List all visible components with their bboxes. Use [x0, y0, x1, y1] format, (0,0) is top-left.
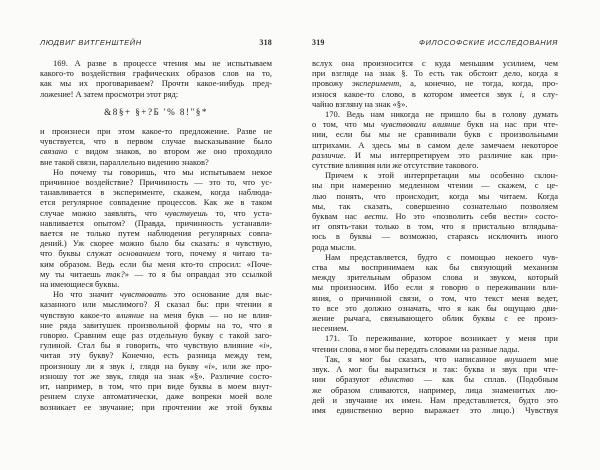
- text-line: чтении слова, я мог бы передать словами …: [312, 344, 558, 354]
- text-line: связано с видом знаков, во втором же оно…: [40, 146, 272, 156]
- text-line: чувствуется, что в первом случае высказы…: [40, 136, 272, 146]
- text-line: ется регулярное совпадение процессов. Ка…: [40, 197, 272, 207]
- text-line: при взгляде на знак §. То есть так обсто…: [312, 68, 558, 78]
- text-line: вслух она произносится с куда меньшим ус…: [312, 58, 558, 68]
- text-line: о том, что мы чувствовали влияние букв н…: [312, 119, 558, 129]
- text-line: читая эту букву? Конечно, есть разница м…: [40, 350, 272, 360]
- text-line: различие. И мы интерпретируем это различ…: [312, 150, 558, 160]
- text-line: причинное воздействие? Причинность — это…: [40, 177, 272, 187]
- text-line: ит опять-таки только в том, что я приста…: [312, 221, 558, 231]
- text-line: дений.) Уж скорее можно было бы сказать:…: [40, 238, 272, 248]
- page-left: ЛЮДВИГ ВИТГЕНШТЕЙН 318 169. А разве в пр…: [40, 38, 272, 412]
- text-line: несением.: [312, 323, 558, 333]
- text-line: танавливается в эксперименте, скажем, ко…: [40, 187, 272, 197]
- text-line: между зрительным образом слова и звуком,…: [312, 272, 558, 282]
- text-line: имя единственно верно выражает это лицо.…: [312, 405, 558, 415]
- text-line: казанного или мыслимого? Я сказал бы: пр…: [40, 299, 272, 309]
- text-line: мы, так сказать, совершенно сознательно …: [312, 201, 558, 211]
- text-line: то все это должно означать, что я как бы…: [312, 303, 558, 313]
- book-spread-scan: { "book": { "left_page": { "running_head…: [0, 0, 600, 470]
- page-body: вслух она произносится с куда меньшим ус…: [312, 58, 558, 415]
- text-line: реннем слухе автоматически, даже вопреки…: [40, 391, 272, 401]
- text-line: сутствие влияния или же отсутствие таков…: [312, 160, 558, 170]
- text-line: говорю. Сравним еще раз отдельную букву …: [40, 330, 272, 340]
- text-line: и произнеси при этом какое-то предложени…: [40, 126, 272, 136]
- text-line: навливается опытом? (Правда, причинность…: [40, 218, 272, 228]
- text-line: Но что значит чувствовать это основание …: [40, 289, 272, 299]
- text-line: Так, я мог бы сказать, что написанное вн…: [312, 354, 558, 364]
- text-line: вается не только путем наблюдения регуля…: [40, 228, 272, 238]
- symbol-row: &8§+ §+?Б '% 8!"§*: [40, 107, 272, 117]
- text-line: лью понять, что происходит, когда мы чит…: [312, 191, 558, 201]
- text-line: на имеющиеся буквы.: [40, 279, 272, 289]
- text-line: Нам представляется, будто с помощью неко…: [312, 252, 558, 262]
- page-number: 318: [259, 38, 272, 47]
- text-line: ит, например, в том, что при виде буквы …: [40, 381, 272, 391]
- text-line: изношу тот же звук, глядя на знак «§». Р…: [40, 371, 272, 381]
- text-line: чайно взгляну на знак «§».: [312, 99, 558, 109]
- running-head-row: 319 ФИЛОСОФСКИЕ ИССЛЕДОВАНИЯ: [312, 38, 558, 47]
- text-line: же образом сливаются, например, лица зна…: [312, 385, 558, 395]
- text-line: случае можно заявлять, что чувствуешь то…: [40, 208, 272, 218]
- text-line: мы произносим. Ибо если я говорю о переж…: [312, 282, 558, 292]
- text-line: штрихами. А здесь мы в самом деле замеча…: [312, 140, 558, 150]
- text-line: нии образуют единство — как бы сплав. (П…: [312, 374, 558, 384]
- running-head: ЛЮДВИГ ВИТГЕНШТЕЙН: [40, 38, 142, 47]
- text-line: жение рычага, связывающего облик буквы с…: [312, 313, 558, 323]
- text-line: ние ряда завитушек произвольной формы на…: [40, 320, 272, 330]
- text-line: чувствую какое-то влияние на меня букв —…: [40, 310, 272, 320]
- page-number: 319: [312, 38, 325, 47]
- text-line: износя какое-то слово, в котором имеется…: [312, 89, 558, 99]
- text-line: ства мы воспринимаем как бы связующий ме…: [312, 262, 558, 272]
- text-line: 169. А разве в процессе чтения мы не исп…: [40, 58, 272, 68]
- text-line: 171. То переживание, которое возникает у…: [312, 333, 558, 343]
- text-line: провожу эксперимент, а, конечно, не тогд…: [312, 78, 558, 88]
- text-line: гулиной. Стал бы я говорить, что чувству…: [40, 340, 272, 350]
- text-line: яния, о причинной связи, о том, что текс…: [312, 293, 558, 303]
- text-line: произношу ли я звук i, глядя на букву «i…: [40, 361, 272, 371]
- text-line: ложение! А затем просмотри этот ряд:: [40, 89, 272, 99]
- text-line: ким образом. Ведь если бы меня кто-то сп…: [40, 259, 272, 269]
- text-line: рода мысли.: [312, 242, 558, 252]
- page-body: 169. А разве в процессе чтения мы не исп…: [40, 58, 272, 412]
- text-line: юсь в буквы — возможно, стараясь исключи…: [312, 231, 558, 241]
- text-line: звук. А мог бы выразиться и так: буква и…: [312, 364, 558, 374]
- text-line: возникает ее звучание; при прочтении же …: [40, 402, 272, 412]
- running-head-row: ЛЮДВИГ ВИТГЕНШТЕЙН 318: [40, 38, 272, 47]
- text-line: нии, если бы мы не сравнивали букв с про…: [312, 129, 558, 139]
- text-line: буквам нас вести. Но это «позволить себя…: [312, 211, 558, 221]
- text-line: Но почему ты говоришь, что мы испытываем…: [40, 167, 272, 177]
- text-line: вне такой связи, параллельно видению зна…: [40, 157, 272, 167]
- text-line: какого-то воздействия графических образо…: [40, 68, 272, 78]
- text-line: Причем к этой интерпретации мы особенно …: [312, 170, 558, 180]
- text-line: что буквы служат основанием того, почему…: [40, 248, 272, 258]
- page-right: 319 ФИЛОСОФСКИЕ ИССЛЕДОВАНИЯ вслух она п…: [312, 38, 558, 415]
- text-line: дей и звучание их имен. Нам представляет…: [312, 395, 558, 405]
- running-head: ФИЛОСОФСКИЕ ИССЛЕДОВАНИЯ: [419, 38, 558, 47]
- text-line: му ты читаешь так?» — то я бы оправдал э…: [40, 269, 272, 279]
- text-line: ны при намеренно медленном чтении — скаж…: [312, 180, 558, 190]
- text-line: как мы их проговариваем? Прочти какое-ни…: [40, 78, 272, 88]
- text-line: 170. Ведь нам никогда не пришло бы в гол…: [312, 109, 558, 119]
